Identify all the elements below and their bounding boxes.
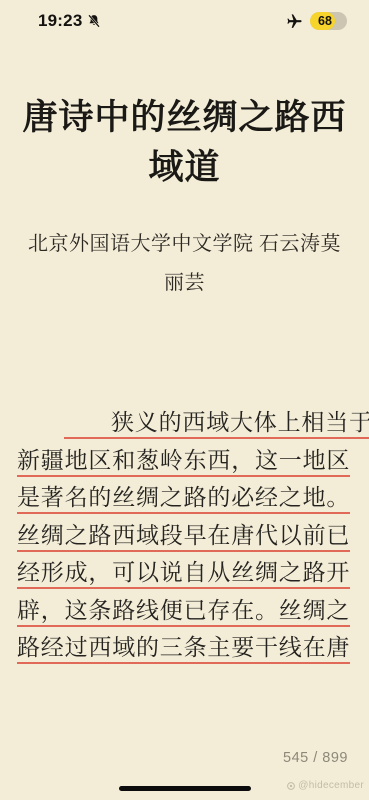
article-author-line-1: 北京外国语大学中文学院 石云涛莫	[0, 225, 369, 264]
article-title-line-1: 唐诗中的丝绸之路西	[0, 93, 369, 143]
article-title-line-2: 域道	[0, 143, 369, 193]
paragraph-line: 辟，这条路线便已存在。丝绸之	[17, 595, 354, 633]
status-time: 19:23	[38, 11, 82, 31]
article-author: 北京外国语大学中文学院 石云涛莫 丽芸	[0, 225, 369, 303]
paragraph-line: 是著名的丝绸之路的必经之地。	[17, 482, 354, 520]
muted-bell-icon	[86, 13, 102, 29]
reader-page[interactable]: 19:23 68 唐诗中的丝绸之路西	[0, 0, 369, 800]
watermark-text: @hidecember	[298, 780, 364, 791]
article-paragraph: 狭义的西域大体上相当于今 新疆地区和葱岭东西，这一地区 是著名的丝绸之路的必经之…	[17, 407, 354, 670]
article-author-line-2: 丽芸	[0, 264, 369, 303]
page-indicator: 545 / 899	[283, 750, 348, 766]
article-title: 唐诗中的丝绸之路西 域道	[0, 93, 369, 193]
airplane-mode-icon	[286, 13, 303, 30]
status-bar: 19:23 68	[0, 8, 369, 34]
paragraph-line: 丝绸之路西域段早在唐代以前已	[17, 520, 354, 558]
paragraph-line: 狭义的西域大体上相当于今	[17, 407, 354, 445]
battery-percent: 68	[318, 14, 332, 28]
paragraph-line: 路经过西域的三条主要干线在唐	[17, 632, 354, 670]
battery-indicator: 68	[310, 12, 347, 30]
watermark: @hidecember	[286, 780, 364, 791]
home-indicator[interactable]	[119, 786, 251, 791]
paragraph-line: 新疆地区和葱岭东西，这一地区	[17, 445, 354, 483]
watermark-logo-icon	[286, 781, 296, 791]
paragraph-line: 经形成，可以说自从丝绸之路开	[17, 557, 354, 595]
